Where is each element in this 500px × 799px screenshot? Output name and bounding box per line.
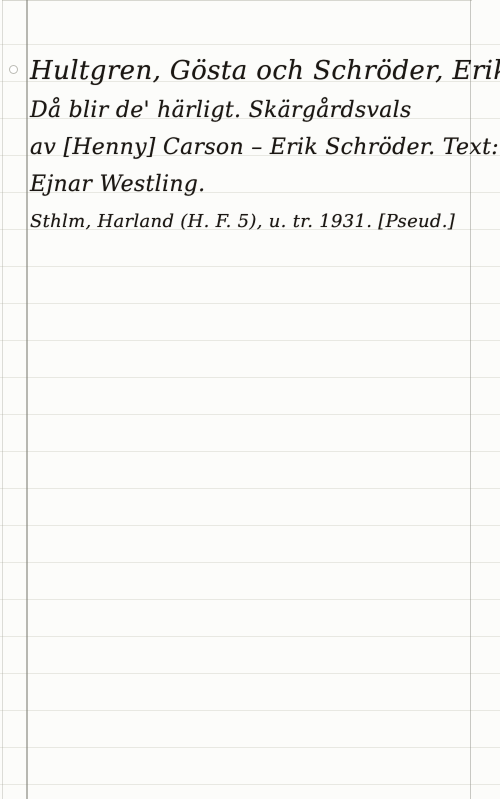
title-line-1: Då blir de' härligt. Skärgårdsvals [30,92,474,129]
card-left-edge-line [2,0,3,799]
left-margin-line [26,0,28,799]
title-line-3: Ejnar Westling. [30,166,474,203]
entry-heading-authors: Hultgren, Gösta och Schröder, Erik [30,50,474,92]
title-line-2: av [Henny] Carson – Erik Schröder. Text: [30,129,474,166]
handwritten-entry: Hultgren, Gösta och Schröder, Erik Då bl… [30,50,474,241]
card-top-edge-line [2,0,472,1]
catalog-card: Hultgren, Gösta och Schröder, Erik Då bl… [0,0,500,799]
punch-hole-mark [9,65,18,74]
imprint-line: Sthlm, Harland (H. F. 5), u. tr. 1931. [… [30,203,474,241]
